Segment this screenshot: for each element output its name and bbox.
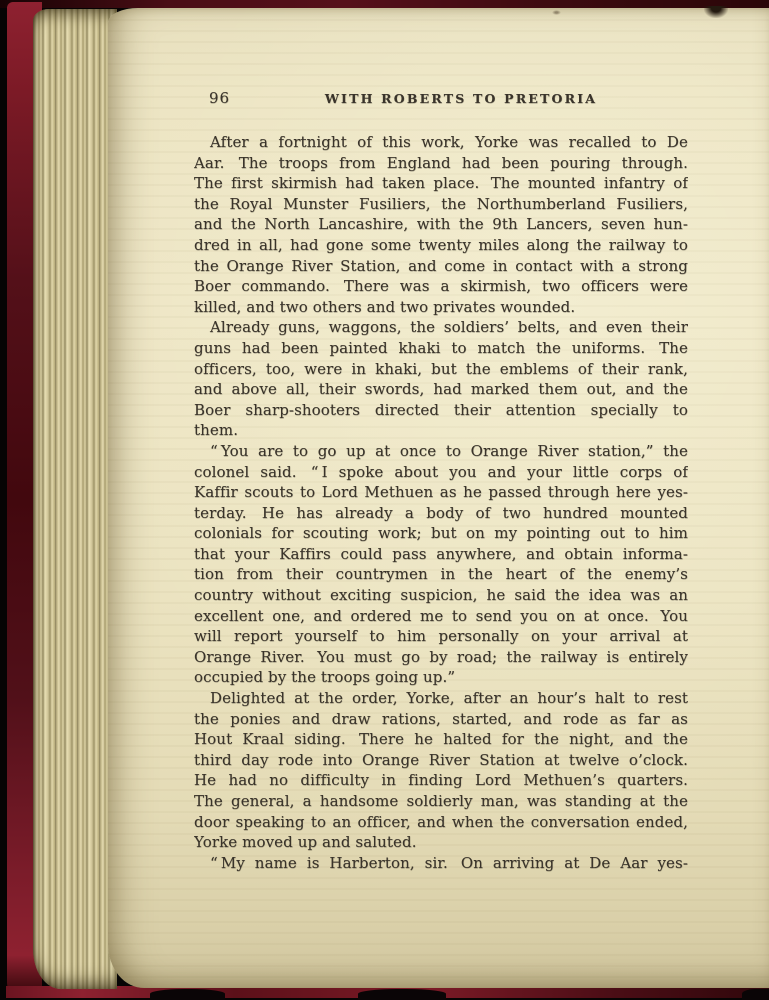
text-line: The general, a handsome soldierly man, w… <box>194 791 688 812</box>
text-line: officers, too, were in khaki, but the em… <box>194 359 688 380</box>
text-line: colonials for scouting work; but on my p… <box>194 523 688 544</box>
page-text-block: 96 WITH ROBERTS TO PRETORIA After a fort… <box>194 88 688 873</box>
text-line: Kaffir scouts to Lord Methuen as he pass… <box>194 482 688 503</box>
paragraph: Delighted at the order, Yorke, after an … <box>194 688 688 853</box>
text-line: “ You are to go up at once to Orange Riv… <box>194 441 688 462</box>
paragraph: Already guns, waggons, the soldiers’ bel… <box>194 317 688 441</box>
text-line: excellent one, and ordered me to send yo… <box>194 606 688 627</box>
text-line: Hout Kraal siding. There he halted for t… <box>194 729 688 750</box>
text-line: them. <box>194 420 688 441</box>
text-line: Delighted at the order, Yorke, after an … <box>194 688 688 709</box>
text-line: The first skirmish had taken place. The … <box>194 173 688 194</box>
text-line: Boer sharp-shooters directed their atten… <box>194 400 688 421</box>
text-line: dred in all, had gone some twenty miles … <box>194 235 688 256</box>
text-line: Yorke moved up and saluted. <box>194 832 688 853</box>
text-line: Aar. The troops from England had been po… <box>194 153 688 174</box>
shadow-blob <box>358 989 446 1000</box>
body-paragraphs: After a fortnight of this work, Yorke wa… <box>194 132 688 873</box>
text-line: tion from their countrymen in the heart … <box>194 564 688 585</box>
text-line: the Orange River Station, and come in co… <box>194 256 688 277</box>
text-line: occupied by the troops going up.” <box>194 667 688 688</box>
book-page: 96 WITH ROBERTS TO PRETORIA After a fort… <box>108 8 769 988</box>
book-photo: 96 WITH ROBERTS TO PRETORIA After a fort… <box>0 0 769 1000</box>
text-line: third day rode into Orange River Station… <box>194 750 688 771</box>
text-line: country without exciting suspicion, he s… <box>194 585 688 606</box>
paragraph: “ My name is Harberton, sir. On arriving… <box>194 853 688 874</box>
text-line: that your Kaffirs could pass anywhere, a… <box>194 544 688 565</box>
running-header: WITH ROBERTS TO PRETORIA <box>224 91 698 106</box>
page-header: 96 WITH ROBERTS TO PRETORIA <box>194 88 688 108</box>
text-line: After a fortnight of this work, Yorke wa… <box>194 132 688 153</box>
text-line: and the North Lancashire, with the 9th L… <box>194 214 688 235</box>
paragraph: After a fortnight of this work, Yorke wa… <box>194 132 688 317</box>
page-stack-edges <box>33 9 117 989</box>
text-line: “ My name is Harberton, sir. On arriving… <box>194 853 688 874</box>
text-line: door speaking to an officer, and when th… <box>194 812 688 833</box>
cover-top-edge <box>0 0 769 8</box>
scan-smudge <box>704 6 728 18</box>
text-line: the Royal Munster Fusiliers, the Northum… <box>194 194 688 215</box>
text-line: terday. He has already a body of two hun… <box>194 503 688 524</box>
text-line: Orange River. You must go by road; the r… <box>194 647 688 668</box>
scan-smudge <box>552 10 561 15</box>
text-line: the ponies and draw rations, started, an… <box>194 709 688 730</box>
shadow-blob <box>742 989 769 1000</box>
text-line: colonel said. “ I spoke about you and yo… <box>194 462 688 483</box>
text-line: and above all, their swords, had marked … <box>194 379 688 400</box>
text-line: killed, and two others and two privates … <box>194 297 688 318</box>
text-line: Already guns, waggons, the soldiers’ bel… <box>194 317 688 338</box>
text-line: Boer commando. There was a skirmish, two… <box>194 276 688 297</box>
text-line: will report yourself to him personally o… <box>194 626 688 647</box>
text-line: He had no difficulty in finding Lord Met… <box>194 770 688 791</box>
paragraph: “ You are to go up at once to Orange Riv… <box>194 441 688 688</box>
shadow-blob <box>150 989 225 1000</box>
text-line: guns had been painted khaki to match the… <box>194 338 688 359</box>
